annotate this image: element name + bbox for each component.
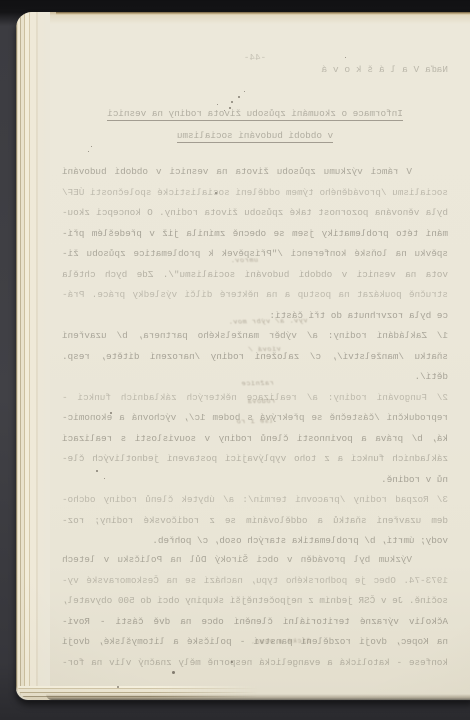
document-title-line-2: v období budování socialismu bbox=[62, 125, 448, 147]
paragraph: V rámci výzkumu způsobu života na vesnic… bbox=[62, 162, 448, 552]
text-line: byla věnována pozornost také způsobu živ… bbox=[62, 203, 448, 224]
paragraph: Výzkum byl prováděn v obci Široký Důl na… bbox=[62, 550, 448, 673]
text-line: na Kopec, dvojí rozdělení panství - poli… bbox=[62, 632, 448, 653]
document-title-line-1: Informace o zkoumání způsobu života rodi… bbox=[62, 103, 448, 125]
text-line: vody; úmrtí, b/ problematika starých oso… bbox=[62, 531, 448, 552]
text-line: vota na vesnici v období budování social… bbox=[62, 265, 448, 286]
text-line: socialismu /prováděného týmem oddělení s… bbox=[62, 183, 448, 204]
text-line: ká, b/ práva a povinnosti členů rodiny v… bbox=[62, 429, 448, 450]
text-line: stručně poukázat na postup a na některé … bbox=[62, 285, 448, 306]
text-line: konfese - katolická a evangelická nespor… bbox=[62, 653, 448, 674]
text-line: ce byla rozvrhnuta do tří částí: bbox=[62, 306, 448, 327]
author-name: Naďa V a l á š k o v á bbox=[62, 64, 448, 75]
text-line: reprodukční /částečně se překrývá s bode… bbox=[62, 408, 448, 429]
bleedthrough-text-layer: -44- Naďa V a l á š k o v á Informace o … bbox=[62, 0, 448, 700]
document-title: Informace o zkoumání způsobu života rodi… bbox=[62, 103, 448, 147]
text-line: mání této problematiky jsem se obecně zm… bbox=[62, 224, 448, 245]
text-line: dětí/. bbox=[62, 367, 448, 388]
text-line: nů v rodině. bbox=[62, 470, 448, 491]
text-line: Výzkum byl prováděn v obci Široký Důl na… bbox=[62, 550, 448, 571]
text-line: sňatku /manželství/, c/ založení rodiny … bbox=[62, 347, 448, 368]
text-line: sočině. Je v ČSR jedním z nejpočetnější … bbox=[62, 591, 448, 612]
text-line: spěvku na loňské konferenci /"Příspěvek … bbox=[62, 244, 448, 265]
scanned-page-photo: -44- Naďa V a l á š k o v á Informace o … bbox=[0, 0, 470, 720]
text-line: dem uzavření sňatků a oddělováním se z r… bbox=[62, 511, 448, 532]
text-line: 1/ Zakládání rodiny: a/ výběr manželskéh… bbox=[62, 326, 448, 347]
text-line: základních funkcí a z toho vyplývající p… bbox=[62, 449, 448, 470]
text-line: V rámci výzkumu způsobu života na vesnic… bbox=[62, 162, 448, 183]
page-edge-stack-left bbox=[16, 12, 50, 696]
text-line: 1973-74. Obec je podhorského typu, nachá… bbox=[62, 571, 448, 592]
page-number: -44- bbox=[62, 52, 448, 63]
text-line: 3/ Rozpad rodiny /pracovní termín/: a/ ú… bbox=[62, 490, 448, 511]
text-line: 2/ Fungování rodiny: a/ realizace někter… bbox=[62, 388, 448, 409]
text-line: Ačkoliv výrazné teritoriální členění obc… bbox=[62, 612, 448, 633]
